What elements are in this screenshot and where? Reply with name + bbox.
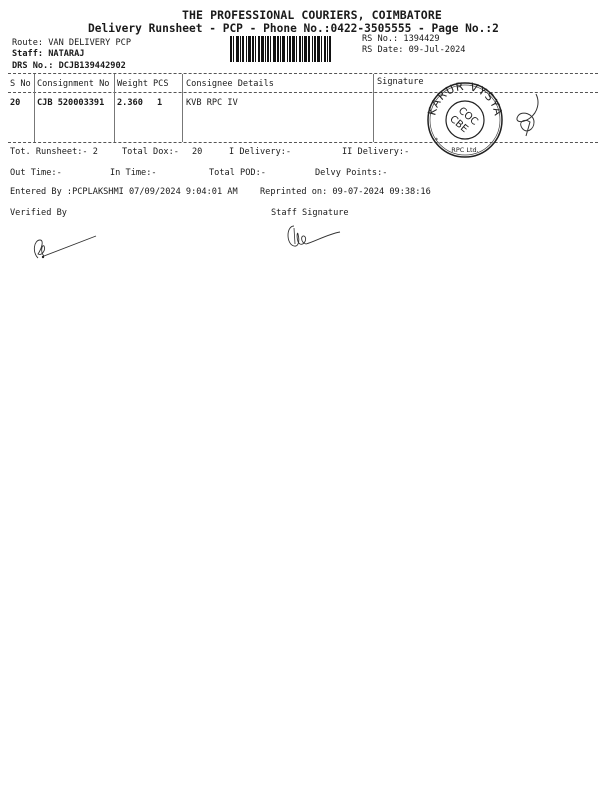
header-signature: Signature (377, 77, 424, 87)
staff-signature (284, 222, 344, 252)
cell-consignment-no: CJB 520003391 (37, 98, 104, 108)
table-top-rule (8, 73, 598, 74)
cell-s-no: 20 (10, 98, 20, 108)
rs-date: RS Date: 09-Jul-2024 (362, 45, 465, 55)
consignee-signature (500, 92, 550, 140)
table-bottom-rule (8, 142, 598, 143)
reprinted-on: Reprinted on: 09-07-2024 09:38:16 (260, 187, 431, 197)
ii-delivery: II Delivery:- (342, 147, 409, 157)
column-divider (34, 74, 35, 142)
total-pod: Total POD:- (209, 168, 266, 178)
tot-runsheet: Tot. Runsheet:- 2 (10, 147, 98, 157)
staff-signature-label: Staff Signature (271, 208, 349, 218)
delvy-points: Delvy Points:- (315, 168, 387, 178)
total-dox-label: Total Dox:- (122, 147, 179, 157)
verifier-signature (30, 232, 100, 262)
in-time: In Time:- (110, 168, 157, 178)
company-title: THE PROFESSIONAL COURIERS, COIMBATORE (182, 8, 442, 22)
barcode (230, 36, 356, 62)
out-time: Out Time:- (10, 168, 62, 178)
column-divider (114, 74, 115, 142)
stamp-bottom-text: RPC Ltd. (451, 146, 478, 154)
header-consignment-no: Consignment No (37, 79, 109, 89)
header-s-no: S No (10, 79, 31, 89)
total-dox-value: 20 (192, 147, 202, 157)
cell-weight: 2.360 (117, 98, 143, 108)
header-weight: Weight (117, 79, 148, 89)
staff-label: Staff: NATARAJ (12, 49, 84, 59)
rs-number: RS No.: 1394429 (362, 34, 440, 44)
verified-by-label: Verified By (10, 208, 67, 218)
header-consignee-details: Consignee Details (186, 79, 274, 89)
cell-consignee: KVB RPC IV (186, 98, 238, 108)
column-divider (373, 74, 374, 142)
column-divider (182, 74, 183, 142)
entered-by: Entered By :PCPLAKSHMI 07/09/2024 9:04:0… (10, 187, 238, 197)
route-label: Route: VAN DELIVERY PCP (12, 38, 131, 48)
bank-stamp: KARUR VYSYA COC CBE RPC Ltd. * (425, 80, 505, 160)
drs-number: DRS No.: DCJB139442902 (12, 61, 126, 71)
cell-pcs: 1 (157, 98, 162, 108)
svg-text:*: * (435, 137, 438, 144)
i-delivery: I Delivery:- (229, 147, 291, 157)
header-pcs: PCS (153, 79, 169, 89)
